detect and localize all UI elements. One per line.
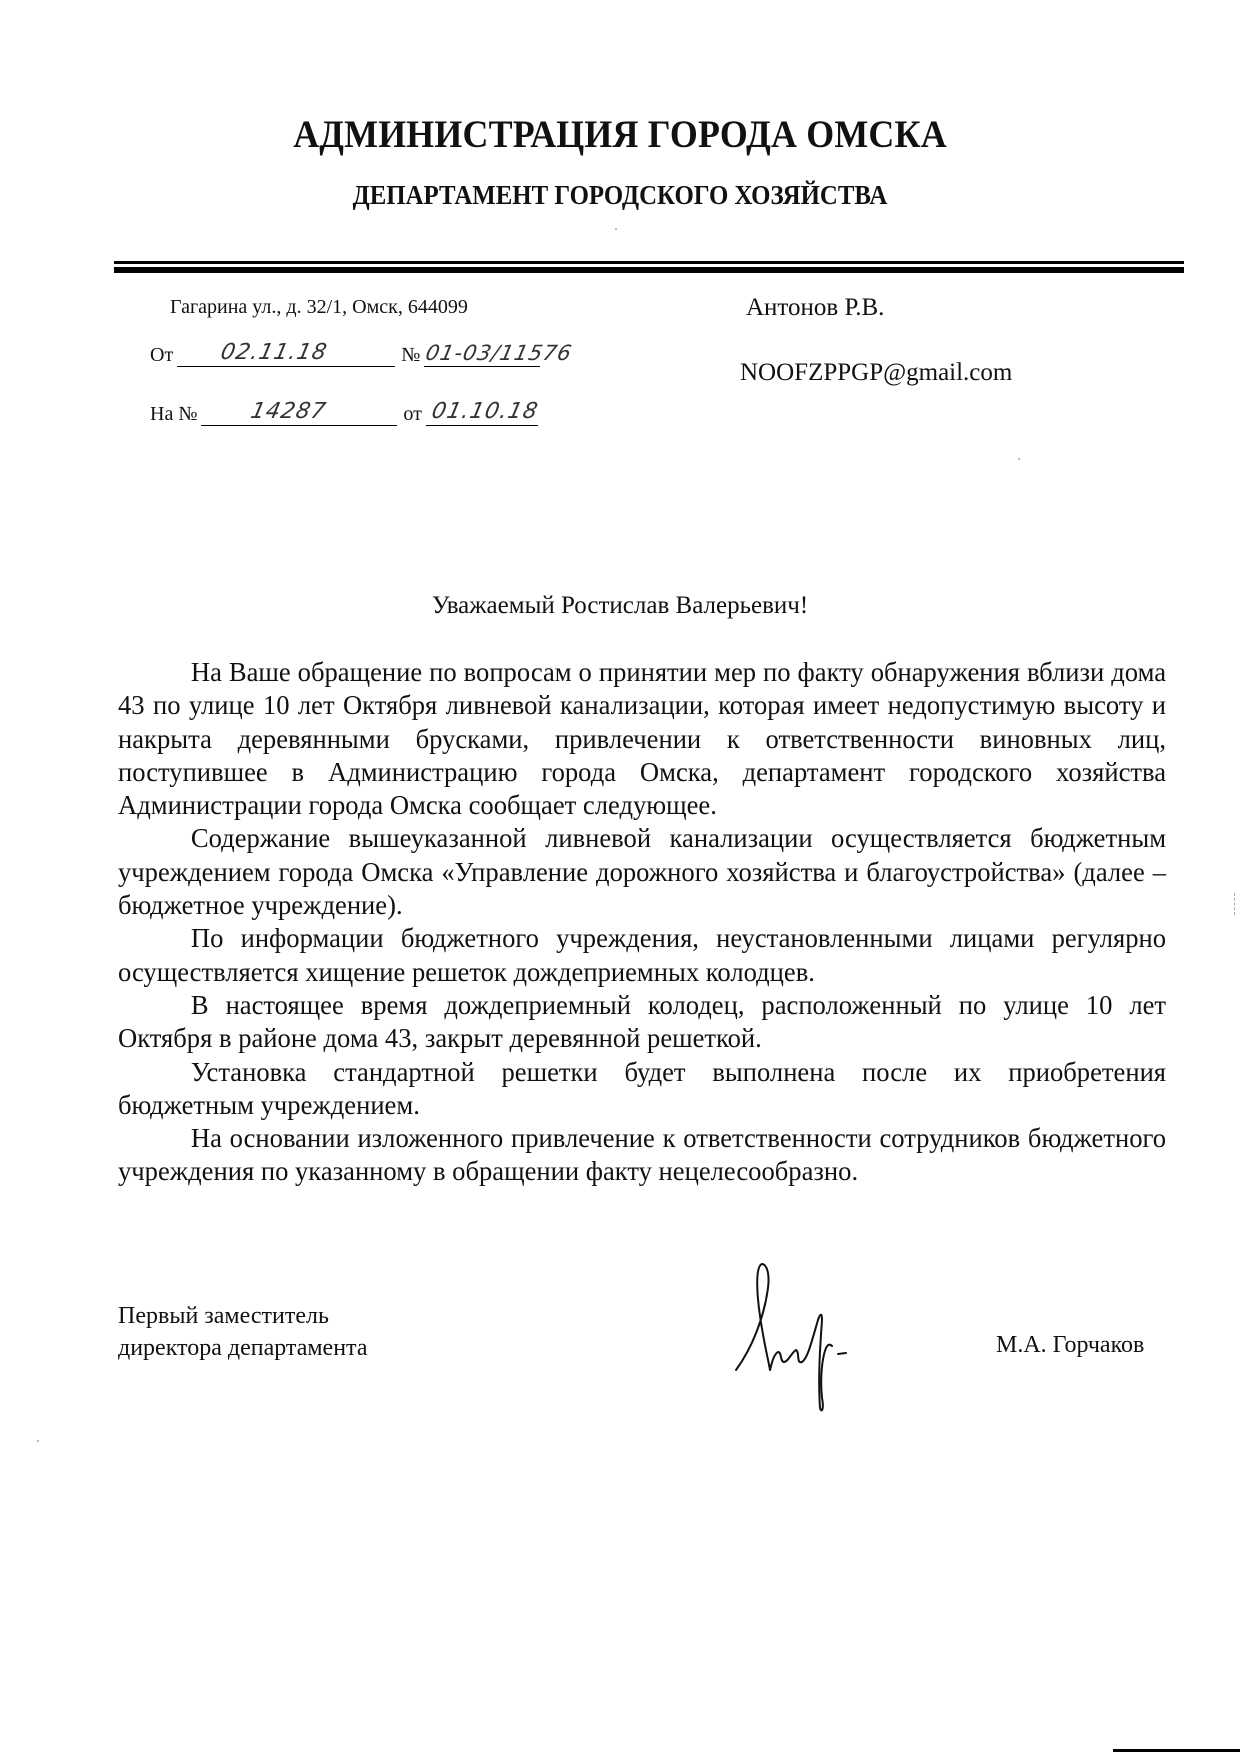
letter-body: На Ваше обращение по вопросам о принятии… [118, 656, 1166, 1189]
from-label: От [150, 344, 173, 367]
outgoing-number-field: 01-03/11576 [424, 344, 540, 367]
from-date-field: 02.11.18 [177, 344, 395, 367]
salutation: Уважаемый Ростислав Валерьевич! [0, 592, 1240, 620]
body-paragraph: Установка стандартной решетки будет выпо… [118, 1056, 1166, 1123]
scan-bottom-edge [1113, 1749, 1240, 1752]
reply-to-date-field: 01.10.18 [426, 403, 538, 426]
scan-speck [37, 1440, 39, 1442]
scan-edge-mark [1234, 893, 1236, 915]
body-paragraph: По информации бюджетного учреждения, неу… [118, 922, 1166, 989]
sender-address: Гагарина ул., д. 32/1, Омск, 644099 [170, 296, 468, 319]
scan-speck [1018, 458, 1020, 460]
scan-speck [615, 228, 617, 230]
signer-position-line2: директора департамента [118, 1332, 367, 1364]
body-paragraph: В настоящее время дождеприемный колодец,… [118, 989, 1166, 1056]
outgoing-registry-line: От 02.11.18 № 01-03/11576 [150, 344, 546, 367]
number-label: № [401, 344, 420, 367]
reply-to-date-value: 01.10.18 [429, 399, 540, 424]
outgoing-number-value: 01-03/11576 [424, 341, 575, 365]
reply-date-label: от [403, 403, 421, 426]
recipient-name: Антонов Р.В. [746, 294, 884, 322]
header-rule-thick [114, 267, 1184, 273]
body-paragraph: На основании изложенного привлечение к о… [118, 1122, 1166, 1189]
organization-title: АДМИНИСТРАЦИЯ ГОРОДА ОМСКА [50, 112, 1191, 157]
signer-position: Первый заместитель директора департамент… [118, 1300, 367, 1364]
reply-to-label: На № [150, 403, 197, 426]
department-title: ДЕПАРТАМЕНТ ГОРОДСКОГО ХОЗЯЙСТВА [50, 180, 1191, 211]
header-rule-thin [114, 261, 1184, 264]
signer-name: М.А. Горчаков [996, 1332, 1144, 1359]
recipient-email: NOOFZPPGP@gmail.com [740, 359, 1012, 387]
signer-position-line1: Первый заместитель [118, 1300, 367, 1332]
from-date-value: 02.11.18 [219, 340, 330, 365]
handwritten-signature-icon [730, 1258, 860, 1418]
body-paragraph: На Ваше обращение по вопросам о принятии… [118, 656, 1166, 822]
reply-to-number-value: 14287 [249, 399, 329, 424]
reply-to-number-field: 14287 [201, 403, 397, 426]
body-paragraph: Содержание вышеуказанной ливневой канали… [118, 822, 1166, 922]
reply-registry-line: На № 14287 от 01.10.18 [150, 403, 544, 426]
